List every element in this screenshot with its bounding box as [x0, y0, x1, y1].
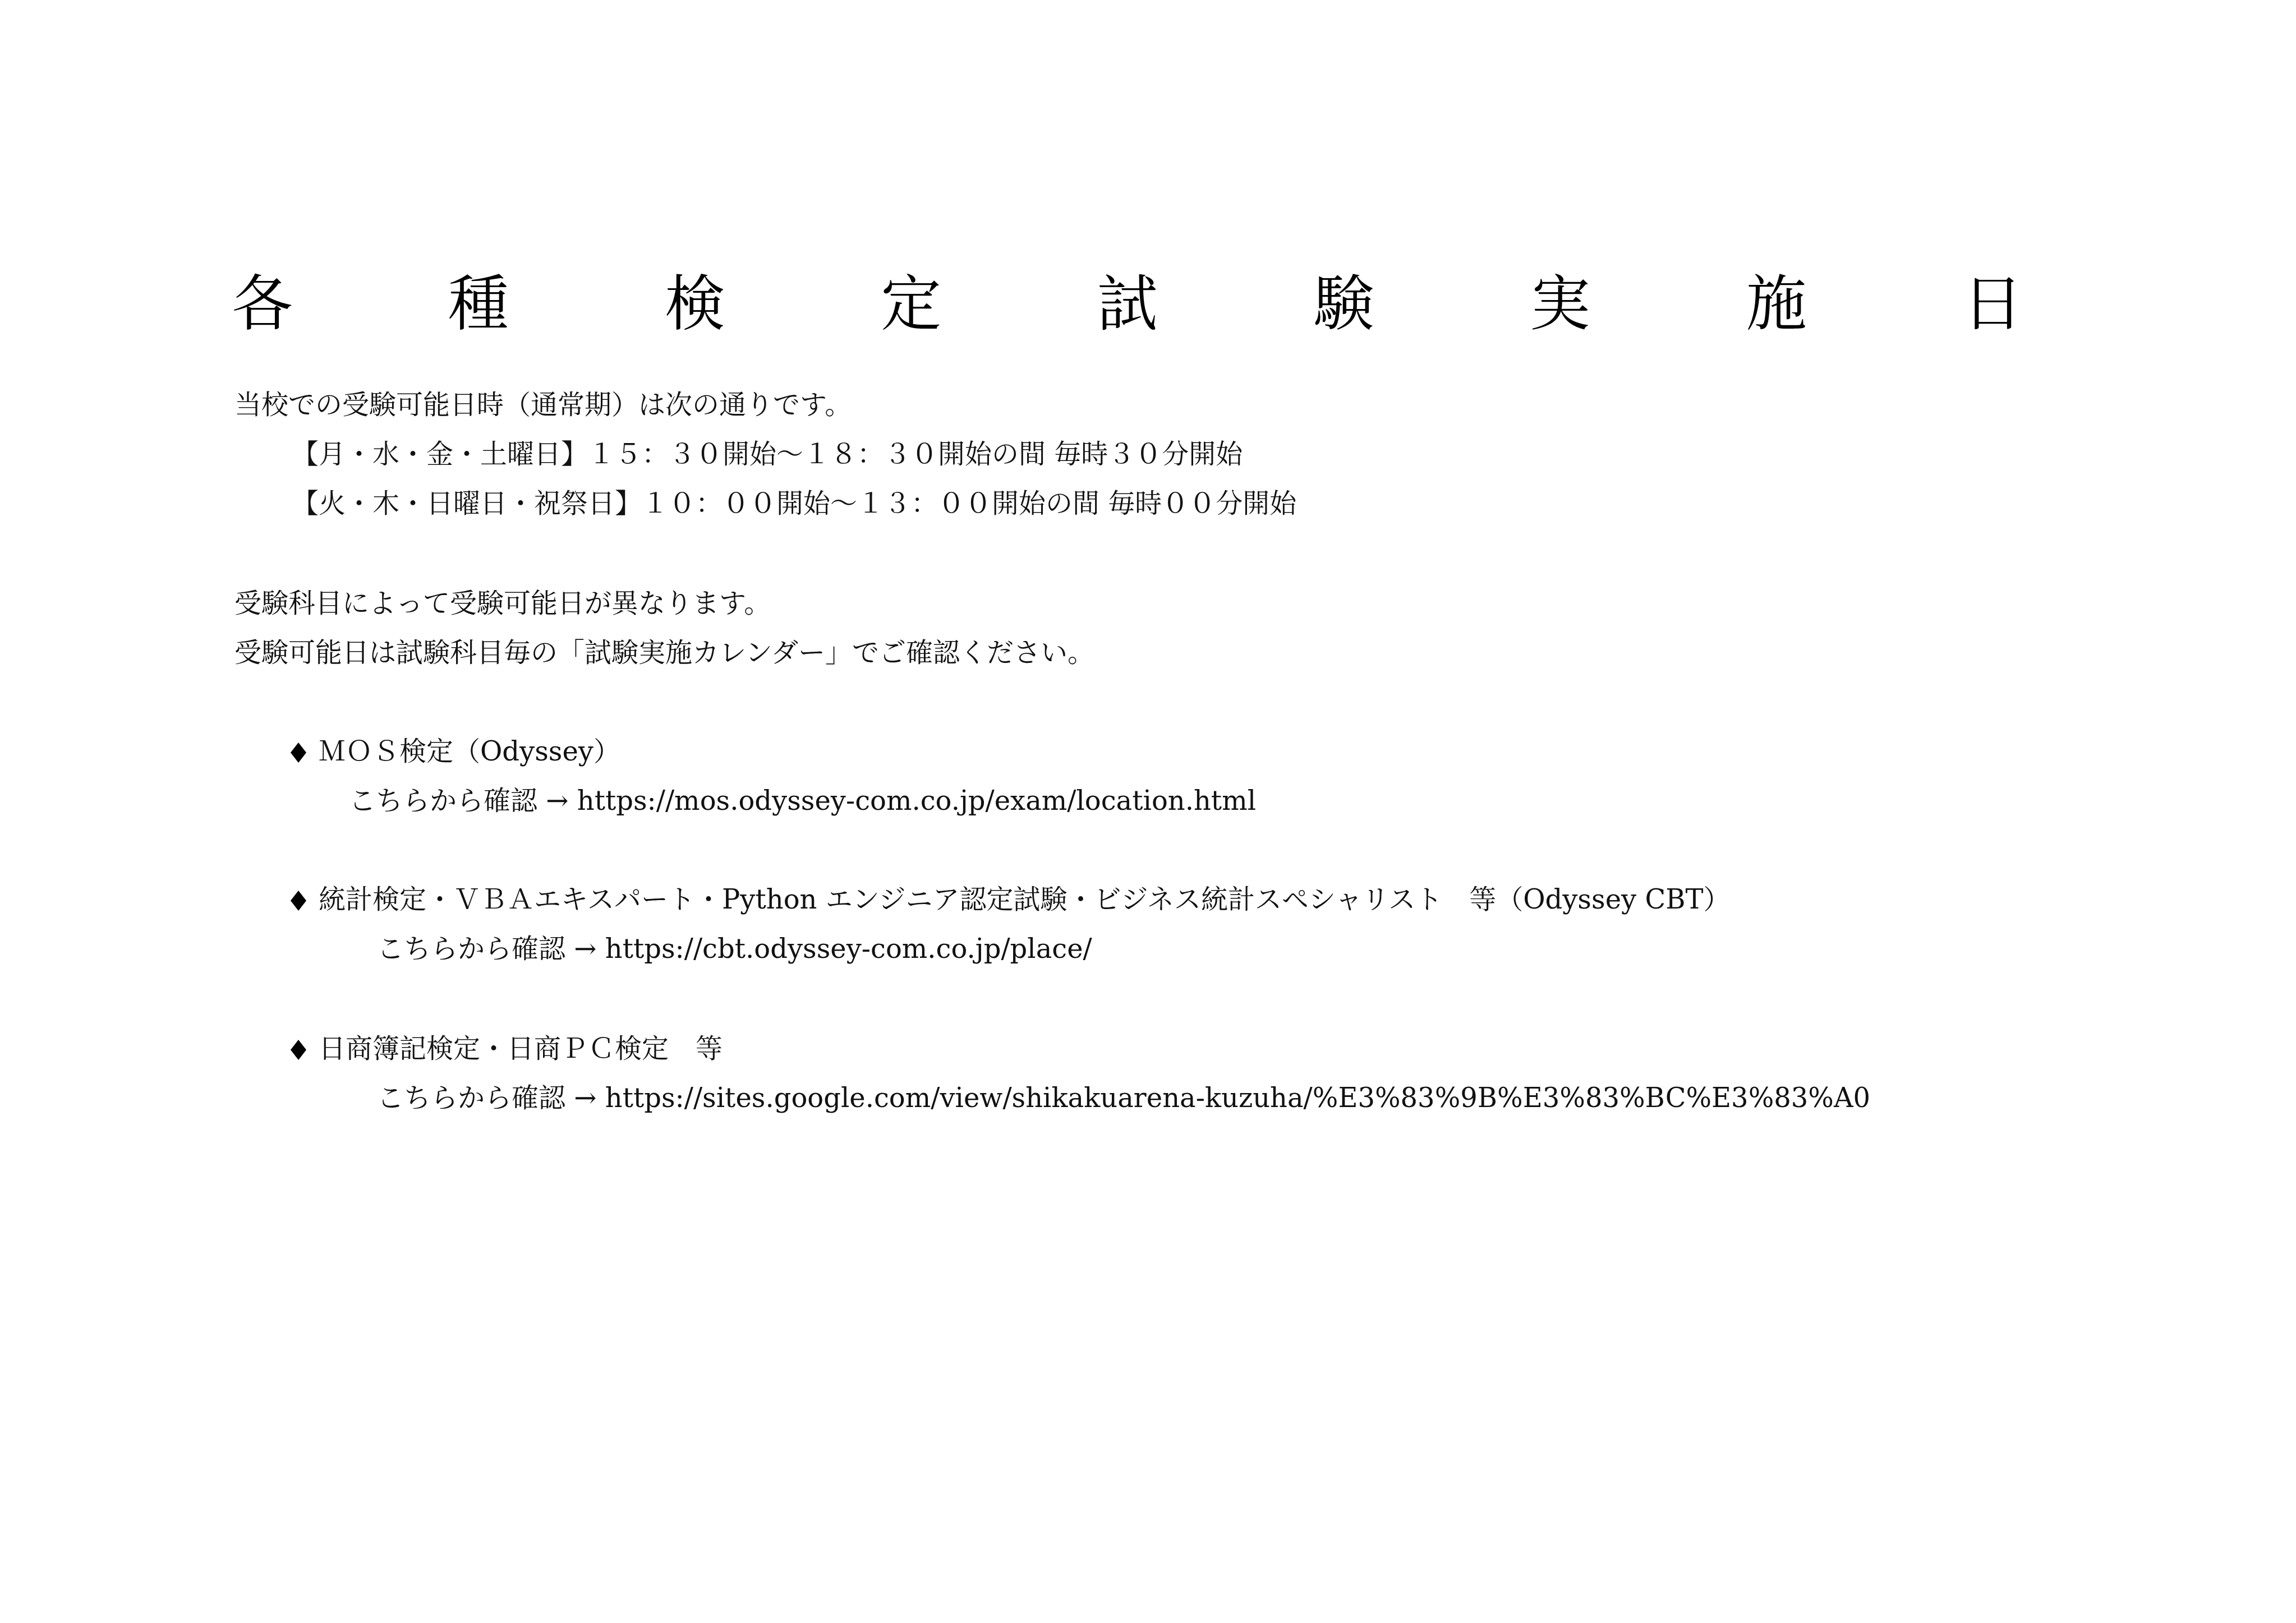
- note-text-1: 受験科目によって受験可能日が異なります。: [234, 587, 771, 620]
- diamond-bullet-icon: [291, 1040, 306, 1060]
- title-char: 定: [879, 268, 944, 341]
- title-char: 試: [1096, 268, 1160, 341]
- link-prefix: こちらから確認 →: [377, 1082, 605, 1114]
- exam-name: 統計検定・ＶＢＡエキスパート・Python エンジニア認定試験・ビジネス統計スペ…: [319, 884, 1730, 915]
- exam-item-cbt: 統計検定・ＶＢＡエキスパート・Python エンジニア認定試験・ビジネス統計スペ…: [291, 883, 1730, 916]
- schedule-holiday: 【火・木・日曜日・祝祭日】１０：００開始～１３：００開始の間 毎時００分開始: [292, 487, 1296, 520]
- link-prefix: こちらから確認 →: [377, 933, 605, 965]
- link-prefix: こちらから確認 →: [349, 785, 577, 817]
- exam-link-row: こちらから確認 → https://mos.odyssey-com.co.jp/…: [349, 784, 1256, 818]
- schedule-weekday: 【月・水・金・土曜日】１５：３０開始～１８：３０開始の間 毎時３０分開始: [292, 437, 1243, 471]
- note-text-2: 受験可能日は試験科目毎の「試験実施カレンダー」でご確認ください。: [234, 636, 1094, 670]
- title-char: 施: [1744, 268, 1809, 341]
- intro-text: 当校での受験可能日時（通常期）は次の通りです。: [234, 388, 852, 422]
- exam-name: ＭＯＳ検定（Odyssey）: [319, 736, 620, 767]
- title-char: 種: [447, 268, 511, 341]
- title-char: 実: [1528, 268, 1593, 341]
- title-char: 検: [662, 268, 727, 341]
- exam-link-row: こちらから確認 → https://sites.google.com/view/…: [377, 1081, 1870, 1115]
- page-title: 各 種 検 定 試 験 実 施 日: [230, 268, 2025, 341]
- exam-item-nissho: 日商簿記検定・日商ＰＣ検定 等: [291, 1032, 723, 1066]
- nissho-url-link[interactable]: https://sites.google.com/view/shikakuare…: [605, 1082, 1870, 1114]
- diamond-bullet-icon: [291, 891, 306, 911]
- cbt-url-link[interactable]: https://cbt.odyssey-com.co.jp/place/: [605, 933, 1092, 965]
- title-char: 日: [1961, 268, 2025, 341]
- exam-item-mos: ＭＯＳ検定（Odyssey）: [291, 735, 620, 768]
- title-char: 各: [230, 268, 295, 341]
- title-char: 験: [1312, 268, 1376, 341]
- exam-name: 日商簿記検定・日商ＰＣ検定 等: [319, 1033, 723, 1064]
- diamond-bullet-icon: [291, 743, 306, 763]
- mos-url-link[interactable]: https://mos.odyssey-com.co.jp/exam/locat…: [577, 785, 1256, 817]
- exam-link-row: こちらから確認 → https://cbt.odyssey-com.co.jp/…: [377, 932, 1092, 966]
